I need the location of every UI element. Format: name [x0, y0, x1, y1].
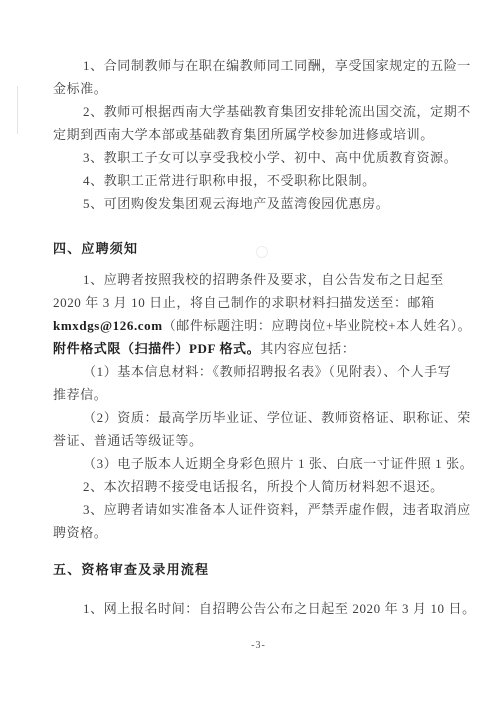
line-text: 2020 年 3 月 10 日止，将自己制作的求职材料扫描发送至：邮箱 [53, 295, 435, 310]
notes-item-1-line-2: 2020 年 3 月 10 日止，将自己制作的求职材料扫描发送至：邮箱 [53, 291, 464, 314]
notes-item-2: 2、本次招聘不接受电话报名，所投个人简历材料恕不退还。 [53, 475, 464, 498]
benefit-item-4: 4、教职工正常进行职称申报，不受职称比限制。 [53, 169, 464, 192]
line-text: 3、教职工子女可以享受我校小学、初中、高中优质教育资源。 [83, 150, 457, 165]
attachment-format-bold-text: 附件格式限（扫描件）PDF 格式。 [53, 341, 260, 356]
review-item-1: 1、网上报名时间：自招聘公告公布之日起至 2020 年 3 月 10 日。 [53, 597, 464, 620]
heading-text: 五、资格审查及录用流程 [53, 562, 209, 577]
line-text: 定期到西南大学本部或基础教育集团所属学校参加进修或培训。 [53, 127, 434, 142]
line-text: 金标准。 [53, 81, 107, 96]
benefit-item-2-line-1: 2、教师可根据西南大学基础教育集团安排轮流出国交流，定期不 [53, 100, 464, 123]
material-item-1-line-2: 推荐信。 [53, 383, 464, 406]
line-text: （邮件标题注明：应聘岗位+毕业院校+本人姓名）。 [163, 318, 472, 333]
line-text: 聘资格。 [53, 525, 107, 540]
line-text: 5、可团购俊发集团观云海地产及蓝湾俊园优惠房。 [83, 196, 389, 211]
scan-artifact-ring [256, 246, 268, 258]
line-text: 2、教师可根据西南大学基础教育集团安排轮流出国交流，定期不 [83, 104, 471, 119]
line-text: （1）基本信息材料：《教师招聘报名表》（见附表）、个人手写 [83, 364, 451, 379]
material-item-3: （3）电子版本人近期全身彩色照片 1 张、白底一寸证件照 1 张。 [53, 452, 464, 475]
benefit-item-1-line-2: 金标准。 [53, 77, 464, 100]
email-address-text: kmxdgs@126.com [53, 318, 163, 333]
line-text: 1、应聘者按照我校的招聘条件及要求，自公告发布之日起至 [83, 272, 444, 287]
line-text: 1、网上报名时间：自招聘公告公布之日起至 2020 年 3 月 10 日。 [83, 601, 476, 616]
page-number: -3- [53, 640, 464, 651]
document-body: 1、合同制教师与在职在编教师同工同酬，享受国家规定的五险一 金标准。 2、教师可… [0, 0, 500, 651]
line-text: 其内容应包括： [260, 341, 355, 356]
notes-item-3-line-1: 3、应聘者请如实准备本人证件资料，严禁弄虚作假，违者取消应 [53, 498, 464, 521]
benefit-item-5: 5、可团购俊发集团观云海地产及蓝湾俊园优惠房。 [53, 192, 464, 215]
line-text: 推荐信。 [53, 387, 107, 402]
notes-item-1-line-1: 1、应聘者按照我校的招聘条件及要求，自公告发布之日起至 [53, 268, 464, 291]
benefit-item-3: 3、教职工子女可以享受我校小学、初中、高中优质教育资源。 [53, 146, 464, 169]
material-item-1-line-1: （1）基本信息材料：《教师招聘报名表》（见附表）、个人手写 [53, 360, 464, 383]
notes-item-3-line-2: 聘资格。 [53, 521, 464, 544]
line-text: 3、应聘者请如实准备本人证件资料，严禁弄虚作假，违者取消应 [83, 502, 471, 517]
notes-item-1-line-3-email: kmxdgs@126.com（邮件标题注明：应聘岗位+毕业院校+本人姓名）。 [53, 314, 464, 337]
benefit-item-2-line-2: 定期到西南大学本部或基础教育集团所属学校参加进修或培训。 [53, 123, 464, 146]
scan-artifact-line [17, 86, 18, 134]
material-item-2-line-1: （2）资质：最高学历毕业证、学位证、教师资格证、职称证、荣 [53, 406, 464, 429]
material-item-2-line-2: 誉证、普通话等级证等。 [53, 429, 464, 452]
line-text: 4、教职工正常进行职称申报，不受职称比限制。 [83, 173, 376, 188]
scanned-document-page: 1、合同制教师与在职在编教师同工同酬，享受国家规定的五险一 金标准。 2、教师可… [0, 0, 500, 707]
section-heading-qualification-review: 五、资格审查及录用流程 [53, 558, 464, 581]
line-text: （2）资质：最高学历毕业证、学位证、教师资格证、职称证、荣 [83, 410, 471, 425]
benefit-item-1-line-1: 1、合同制教师与在职在编教师同工同酬，享受国家规定的五险一 [53, 54, 464, 77]
line-text: 2、本次招聘不接受电话报名，所投个人简历材料恕不退还。 [83, 479, 444, 494]
notes-item-1-line-4-format: 附件格式限（扫描件）PDF 格式。其内容应包括： [53, 337, 464, 360]
line-text: 1、合同制教师与在职在编教师同工同酬，享受国家规定的五险一 [83, 58, 471, 73]
line-text: 誉证、普通话等级证等。 [53, 433, 203, 448]
heading-text: 四、应聘须知 [53, 241, 138, 256]
line-text: （3）电子版本人近期全身彩色照片 1 张、白底一寸证件照 1 张。 [83, 456, 473, 471]
